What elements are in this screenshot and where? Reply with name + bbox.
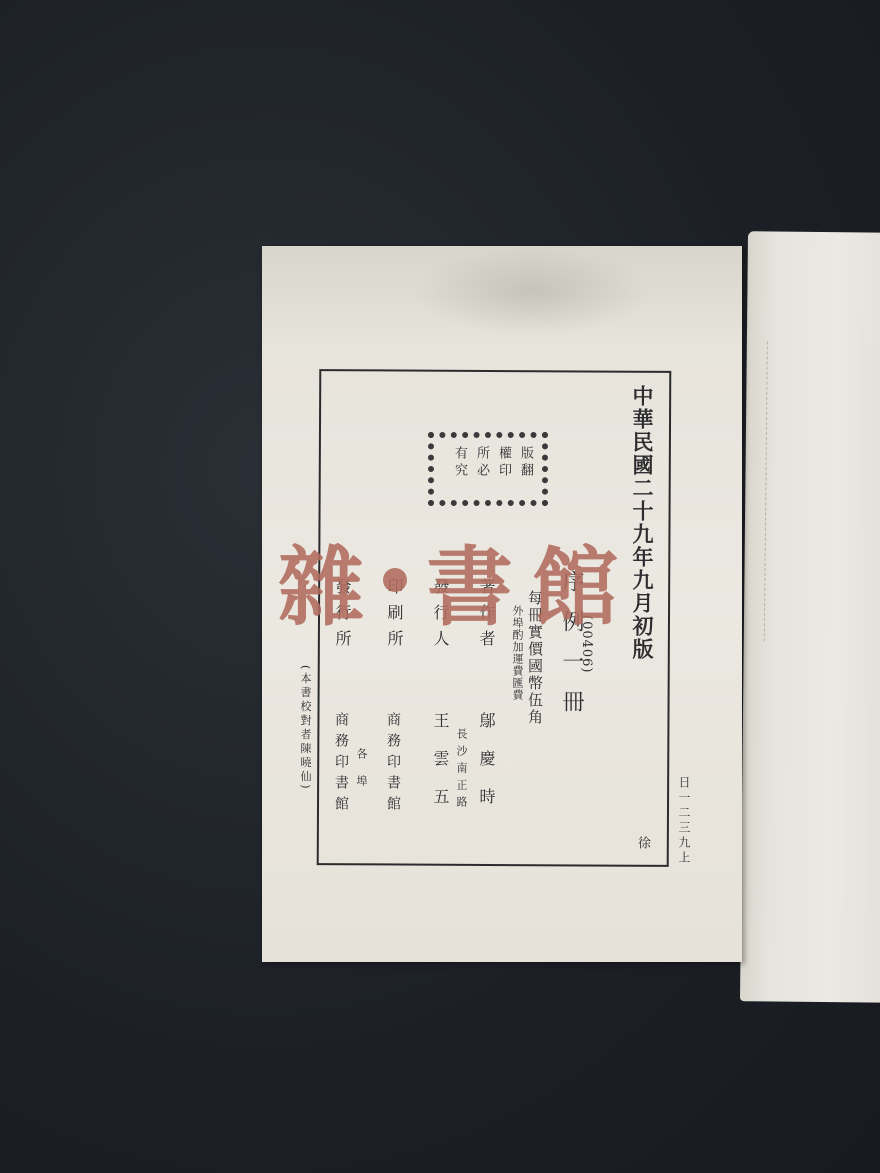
proofreader-note: (本書校對者陳曉仙) [300,665,311,792]
distributor-note: 各埠 [356,748,367,802]
copyright-col-3: 所必 [474,446,489,480]
edition-date: 中華民國二十九年九月初版 [632,385,653,661]
watermark-char-3: 館 [532,518,618,642]
watermark-dot [383,568,407,592]
copyright-col-2: 權印 [496,446,511,480]
credit-name-author: 鄔慶時 [478,712,494,826]
copyright-notice: 版翻 權印 所必 有究 [448,446,536,480]
binding-stitch-line [764,341,768,641]
credit-name-distributor: 商務印書館 [334,712,348,817]
copyright-col-4: 有究 [452,446,467,480]
facing-page [740,231,880,1003]
publisher-address: 長沙南正路 [456,728,467,813]
credit-name-printer: 商務印書館 [386,712,400,817]
copyright-col-1: 版翻 [518,446,533,480]
watermark-char-2: 書 [427,518,513,642]
print-code: 日一二三九上 [678,776,690,866]
watermark-char-1: 雜 [278,518,364,642]
calligraphy-watermark: 雜 書 館 [278,525,618,635]
corner-mark: 徐 [636,836,649,849]
credit-name-publisher: 王雲五 [432,712,448,826]
paper-stain [412,246,652,336]
